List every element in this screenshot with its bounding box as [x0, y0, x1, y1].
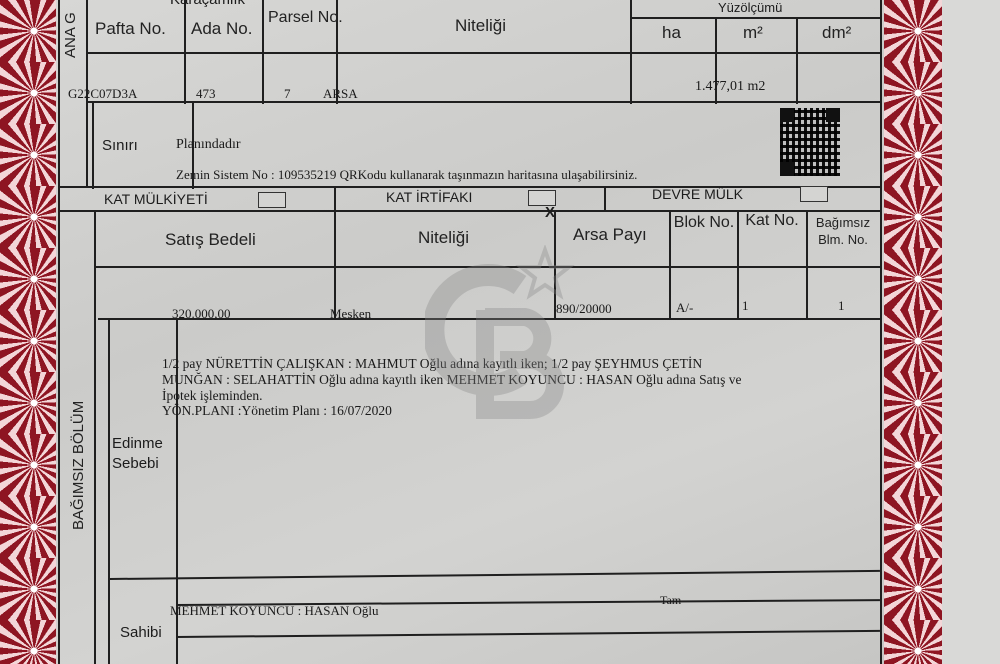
bagimsiz-bolum-no-value: 1	[838, 298, 845, 314]
satis-bedeli-value: 320.000,00	[172, 306, 231, 322]
siniri-label: Sınırı	[102, 137, 138, 154]
zemin-sistem-note: Zemin Sistem No : 109535219 QRKodu kulla…	[176, 167, 637, 183]
pafta-no-value: G22C07D3A	[68, 86, 137, 102]
col-line	[334, 186, 336, 212]
col-line	[737, 210, 739, 320]
header-blok-no: Blok No.	[672, 213, 736, 233]
sahibi-share: Tam	[660, 593, 681, 608]
header-yuzolcumu: Yüzölçümü	[718, 0, 782, 15]
header-parsel-no: Parsel No.	[268, 8, 330, 28]
qr-code-icon[interactable]	[780, 108, 840, 176]
section-label-bagimsiz-bolum: BAĞIMSIZ BÖLÜM	[70, 401, 87, 530]
bagimsiz-section-divider	[94, 210, 96, 664]
header-m2: m²	[743, 23, 763, 43]
header-ada-no: Ada No.	[191, 19, 252, 39]
kat-mulkiyeti-checkbox[interactable]	[258, 192, 286, 208]
devre-mulk-label: DEVRE MÜLK	[652, 186, 743, 202]
parsel-no-value: 7	[284, 86, 291, 102]
header-niteligi: Niteliği	[455, 16, 506, 36]
edinme-line-4: YÖN.PLANI :Yönetim Planı : 16/07/2020	[162, 403, 392, 419]
niteligi-value: ARSA	[323, 86, 358, 102]
frame-right-line	[880, 0, 882, 664]
frame-left-line	[58, 0, 60, 664]
col-line	[334, 210, 336, 320]
col-line	[796, 17, 798, 104]
unit-niteligi-value: Mesken	[330, 306, 371, 322]
kat-irtifaki-label: KAT İRTİFAKI	[386, 189, 472, 205]
edinme-sebebi-label: Edinme Sebebi	[112, 434, 172, 474]
col-line	[262, 0, 264, 104]
devre-mulk-checkbox[interactable]	[800, 186, 828, 202]
col-line	[669, 210, 671, 320]
top-table-header-line	[86, 52, 882, 54]
sahibi-label: Sahibi	[120, 624, 162, 641]
decorative-border-right	[884, 0, 942, 664]
siniri-value: Planındadır	[176, 137, 241, 153]
header-ha: ha	[662, 23, 681, 43]
kat-mulkiyeti-label: KAT MÜLKİYETİ	[104, 191, 208, 207]
edinme-line-3: İpotek işleminden.	[162, 388, 262, 404]
ownership-row-top	[58, 186, 882, 188]
background-margin	[942, 0, 1000, 664]
blok-no-value: A/-	[676, 300, 693, 316]
col-line	[630, 0, 632, 104]
edinme-line-2: MUNĞAN : SELAHATTİN Oğlu adına kayıtlı i…	[162, 372, 741, 388]
header-unit-niteligi: Niteliği	[418, 228, 469, 248]
kat-no-value: 1	[742, 298, 749, 314]
header-pafta-no: Pafta No.	[95, 19, 166, 39]
header-arsa-payi: Arsa Payı	[573, 225, 647, 245]
col-line	[184, 0, 186, 104]
header-satis-bedeli: Satış Bedeli	[165, 230, 256, 250]
col-line	[604, 186, 606, 212]
edinme-label-col-left	[108, 318, 110, 664]
header-kat-no: Kat No.	[740, 211, 804, 231]
title-deed-paper	[56, 0, 886, 664]
unit-table-header-line	[96, 266, 880, 268]
ada-no-value: 473	[196, 86, 216, 102]
location-name: Karaçamlık	[170, 0, 245, 8]
header-bagimsiz-bolum-no: Bağımsız Blm. No.	[808, 214, 878, 248]
sahibi-value: MEHMET KOYUNCU : HASAN Oğlu	[170, 603, 379, 619]
yuzolcumu-value: 1.477,01 m2	[695, 79, 765, 95]
section-label-ana: ANA G	[62, 12, 79, 58]
edinme-line-1: 1/2 pay NÜRETTİN ÇALIŞKAN : MAHMUT Oğlu …	[162, 356, 702, 372]
header-dm2: dm²	[822, 23, 851, 43]
arsa-payi-value: 890/20000	[556, 301, 612, 317]
col-line	[92, 101, 94, 189]
yuzolcumu-line	[630, 17, 882, 19]
